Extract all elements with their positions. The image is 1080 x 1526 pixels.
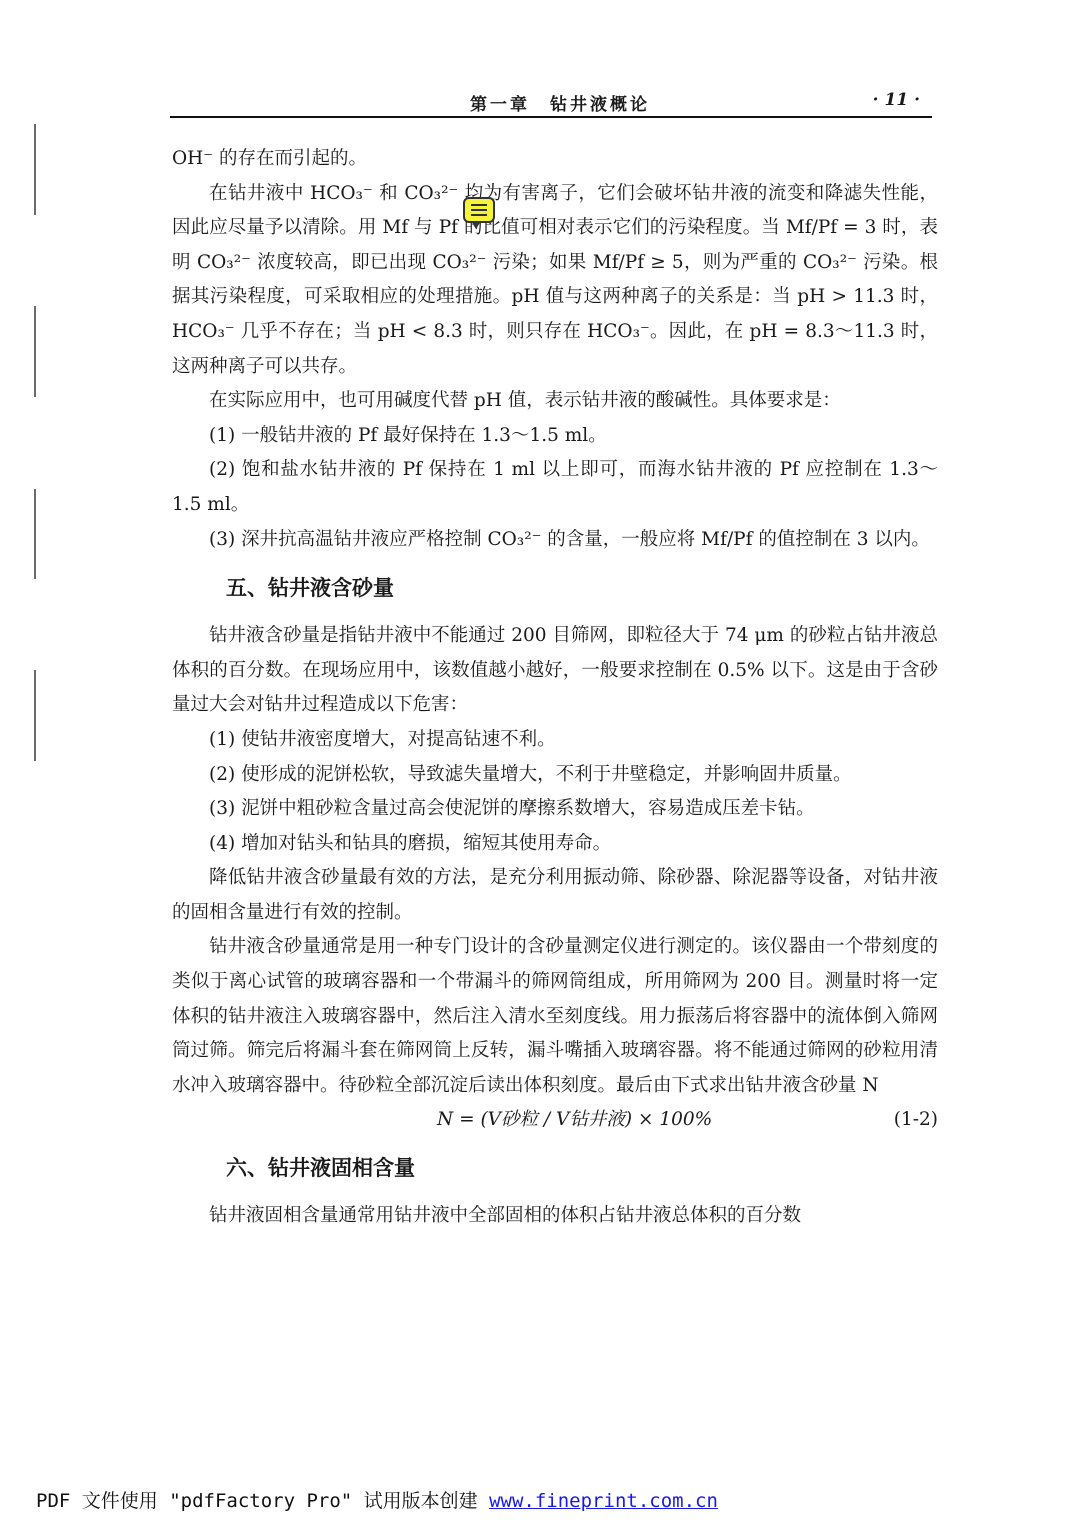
paragraph: 钻井液固相含量通常用钻井液中全部固相的体积占钻井液总体积的百分数	[172, 1199, 938, 1234]
list-item: (1) 使钻井液密度增大，对提高钻速不利。	[172, 723, 938, 758]
page-number: · 11 ·	[873, 90, 920, 110]
watermark-text: PDF 文件使用 "pdfFactory Pro" 试用版本创建	[36, 1490, 489, 1512]
list-item: (4) 增加对钻头和钻具的磨损，缩短其使用寿命。	[172, 827, 938, 862]
list-item: (1) 一般钻井液的 Pf 最好保持在 1.3～1.5 ml。	[172, 419, 938, 454]
paragraph: 钻井液含砂量是指钻井液中不能通过 200 目筛网，即粒径大于 74 μm 的砂粒…	[172, 619, 938, 723]
page-body: OH⁻ 的存在而引起的。 在钻井液中 HCO₃⁻ 和 CO₃²⁻ 均为有害离子，…	[172, 142, 938, 1234]
list-item: (3) 深井抗高温钻井液应严格控制 CO₃²⁻ 的含量，一般应将 Mf/Pf 的…	[172, 523, 938, 558]
list-item: (3) 泥饼中粗砂粒含量过高会使泥饼的摩擦系数增大，容易造成压差卡钻。	[172, 792, 938, 827]
list-item: (2) 饱和盐水钻井液的 Pf 保持在 1 ml 以上即可，而海水钻井液的 Pf…	[172, 453, 938, 522]
watermark-link[interactable]: www.fineprint.com.cn	[489, 1490, 718, 1512]
paragraph: 在实际应用中，也可用碱度代替 pH 值，表示钻井液的酸碱性。具体要求是：	[172, 384, 938, 419]
equation-expression: N = (V砂粒 / V钻井液) × 100%	[437, 1103, 712, 1138]
margin-change-bar	[34, 306, 36, 397]
pdf-watermark: PDF 文件使用 "pdfFactory Pro" 试用版本创建 www.fin…	[36, 1486, 718, 1513]
section-heading: 五、钻井液含砂量	[226, 571, 938, 605]
equation-number: (1-2)	[894, 1103, 938, 1138]
section-heading: 六、钻井液固相含量	[226, 1151, 938, 1185]
margin-change-bar	[34, 670, 36, 761]
list-item: (2) 使形成的泥饼松软，导致滤失量增大，不利于井壁稳定，并影响固井质量。	[172, 758, 938, 793]
paragraph: 在钻井液中 HCO₃⁻ 和 CO₃²⁻ 均为有害离子，它们会破坏钻井液的流变和降…	[172, 177, 938, 385]
paragraph: OH⁻ 的存在而引起的。	[172, 142, 938, 177]
margin-change-bar	[34, 124, 36, 215]
paragraph: 钻井液含砂量通常是用一种专门设计的含砂量测定仪进行测定的。该仪器由一个带刻度的类…	[172, 930, 938, 1103]
margin-change-bar	[34, 489, 36, 579]
paragraph: 降低钻井液含砂量最有效的方法，是充分利用振动筛、除砂器、除泥器等设备，对钻井液的…	[172, 861, 938, 930]
running-header: 第一章 钻井液概论 · 11 ·	[170, 88, 932, 118]
sticky-note-icon[interactable]	[463, 197, 495, 223]
chapter-title: 第一章 钻井液概论	[470, 90, 650, 115]
equation: N = (V砂粒 / V钻井液) × 100% (1-2)	[172, 1103, 938, 1137]
